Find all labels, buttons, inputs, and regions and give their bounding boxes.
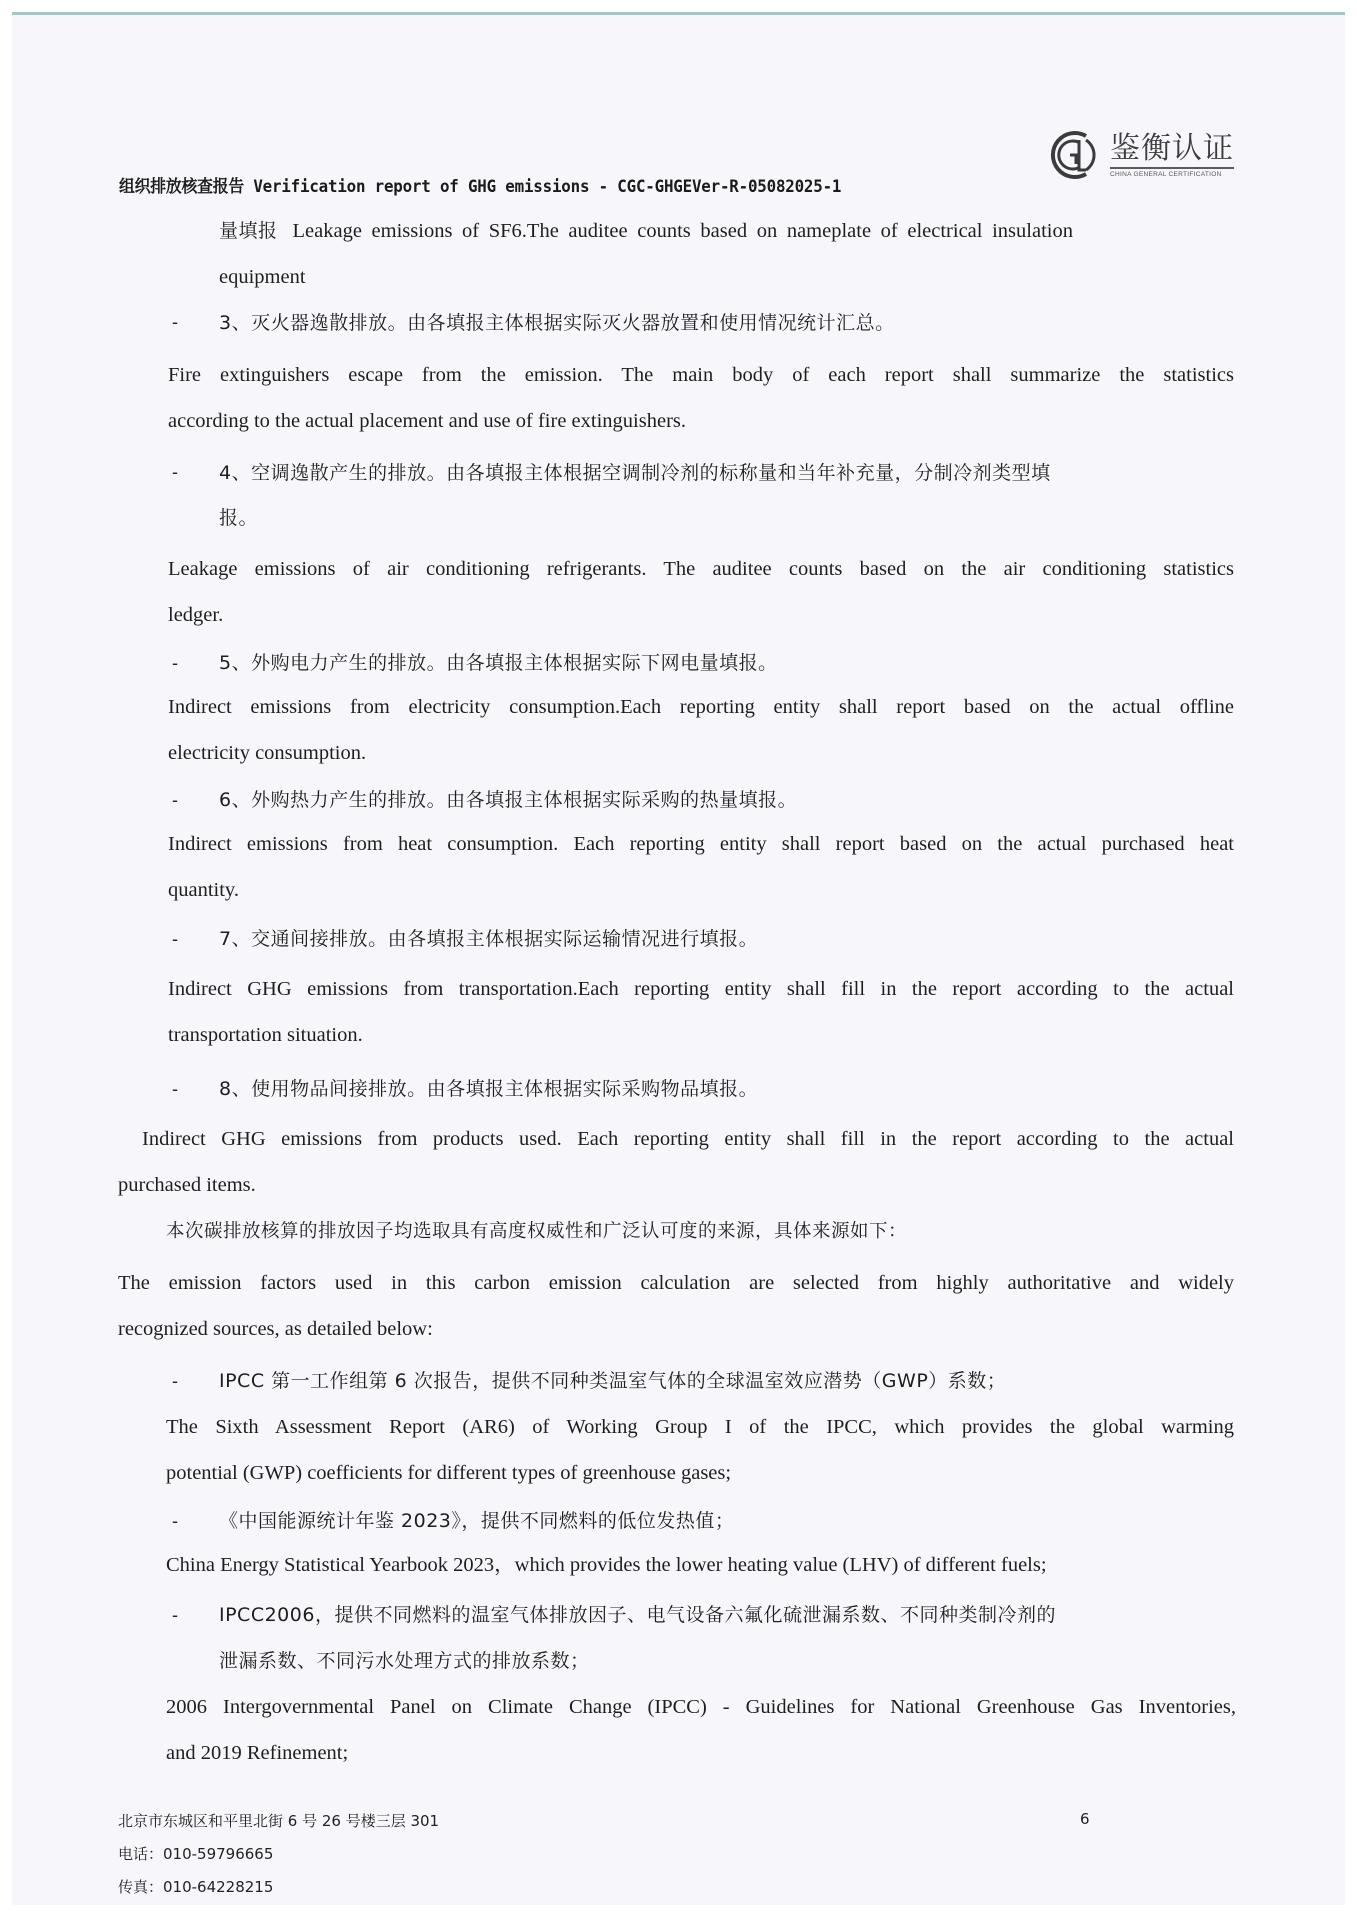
item2-continuation: 量填报 Leakage emissions of SF6.The auditee… — [219, 218, 1234, 244]
source-ipcc2006-cn-line1: IPCC2006，提供不同燃料的温室气体排放因子、电气设备六氟化硫泄漏系数、不同… — [219, 1602, 1056, 1628]
item4-en-line2: ledger. — [168, 602, 223, 628]
bullet-dash: - — [172, 790, 178, 811]
report-header-title: 组织排放核查报告 Verification report of GHG emis… — [119, 172, 841, 197]
certification-logo: 鉴衡认证 CHINA GENERAL CERTIFICATION — [1046, 125, 1246, 185]
bullet-dash: - — [172, 312, 178, 333]
source-yearbook-cn: 《中国能源统计年鉴 2023》，提供不同燃料的低位发热值； — [219, 1508, 734, 1534]
factors-intro-cn: 本次碳排放核算的排放因子均选取具有高度权威性和广泛认可度的来源，具体来源如下： — [166, 1219, 907, 1245]
footer-address: 北京市东城区和平里北街 6 号 26 号楼三层 301 — [118, 1810, 439, 1831]
item7-en-line1: Indirect GHG emissions from transportati… — [168, 976, 1234, 1002]
bullet-dash: - — [172, 1605, 178, 1626]
logo-english-name: CHINA GENERAL CERTIFICATION — [1110, 171, 1234, 178]
item7-en-line2: transportation situation. — [168, 1022, 363, 1048]
factors-intro-en-line1: The emission factors used in this carbon… — [118, 1270, 1234, 1296]
item3-en-line1: Fire extinguishers escape from the emiss… — [168, 362, 1234, 388]
source-yearbook-en: China Energy Statistical Yearbook 2023，w… — [166, 1552, 1047, 1578]
item3-en-line2: according to the actual placement and us… — [168, 408, 686, 434]
bullet-dash: - — [172, 929, 178, 950]
item8-en-line1: Indirect GHG emissions from products use… — [142, 1126, 1234, 1152]
item5-cn: 5、外购电力产生的排放。由各填报主体根据实际下网电量填报。 — [219, 650, 778, 676]
footer-fax: 传真：010-64228215 — [118, 1876, 273, 1897]
bullet-dash: - — [172, 653, 178, 674]
scan-top-edge — [12, 12, 1345, 15]
item2-cn-tail: 量填报 — [219, 220, 278, 242]
item6-en-line1: Indirect emissions from heat consumption… — [168, 831, 1234, 857]
item2-en-line1: Leakage emissions of SF6.The auditee cou… — [293, 220, 1073, 242]
source-ipcc2006-en-line1: 2006 Intergovernmental Panel on Climate … — [166, 1694, 1236, 1720]
logo-chinese-name: 鉴衡认证 — [1110, 132, 1234, 169]
source-ipcc-ar6-cn: IPCC 第一工作组第 6 次报告，提供不同种类温室气体的全球温室效应潜势（GW… — [219, 1368, 1006, 1394]
page-number: 6 — [1080, 1810, 1090, 1828]
item7-cn: 7、交通间接排放。由各填报主体根据实际运输情况进行填报。 — [219, 926, 758, 952]
item6-en-line2: quantity. — [168, 877, 239, 903]
bullet-dash: - — [172, 462, 178, 483]
item6-cn: 6、外购热力产生的排放。由各填报主体根据实际采购的热量填报。 — [219, 787, 797, 813]
gc-logo-icon — [1046, 126, 1104, 184]
item3-cn: 3、灭火器逸散排放。由各填报主体根据实际灭火器放置和使用情况统计汇总。 — [219, 310, 895, 336]
item8-en-line2: purchased items. — [118, 1172, 256, 1198]
bullet-dash: - — [172, 1079, 178, 1100]
footer-phone: 电话：010-59796665 — [118, 1843, 273, 1864]
item2-en-line2: equipment — [219, 264, 306, 290]
item5-en-line2: electricity consumption. — [168, 740, 366, 766]
item4-cn-line2: 报。 — [219, 505, 258, 531]
item5-en-line1: Indirect emissions from electricity cons… — [168, 694, 1234, 720]
item4-en-line1: Leakage emissions of air conditioning re… — [168, 556, 1234, 582]
source-ipcc-ar6-en-line1: The Sixth Assessment Report (AR6) of Wor… — [166, 1414, 1234, 1440]
source-ipcc2006-en-line2: and 2019 Refinement; — [166, 1740, 348, 1766]
source-ipcc2006-cn-line2: 泄漏系数、不同污水处理方式的排放系数； — [219, 1648, 590, 1674]
factors-intro-en-line2: recognized sources, as detailed below: — [118, 1316, 433, 1342]
bullet-dash: - — [172, 1511, 178, 1532]
item4-cn-line1: 4、空调逸散产生的排放。由各填报主体根据空调制冷剂的标称量和当年补充量，分制冷剂… — [219, 460, 1051, 486]
item8-cn: 8、使用物品间接排放。由各填报主体根据实际采购物品填报。 — [219, 1076, 758, 1102]
bullet-dash: - — [172, 1371, 178, 1392]
source-ipcc-ar6-en-line2: potential (GWP) coefficients for differe… — [166, 1460, 731, 1486]
